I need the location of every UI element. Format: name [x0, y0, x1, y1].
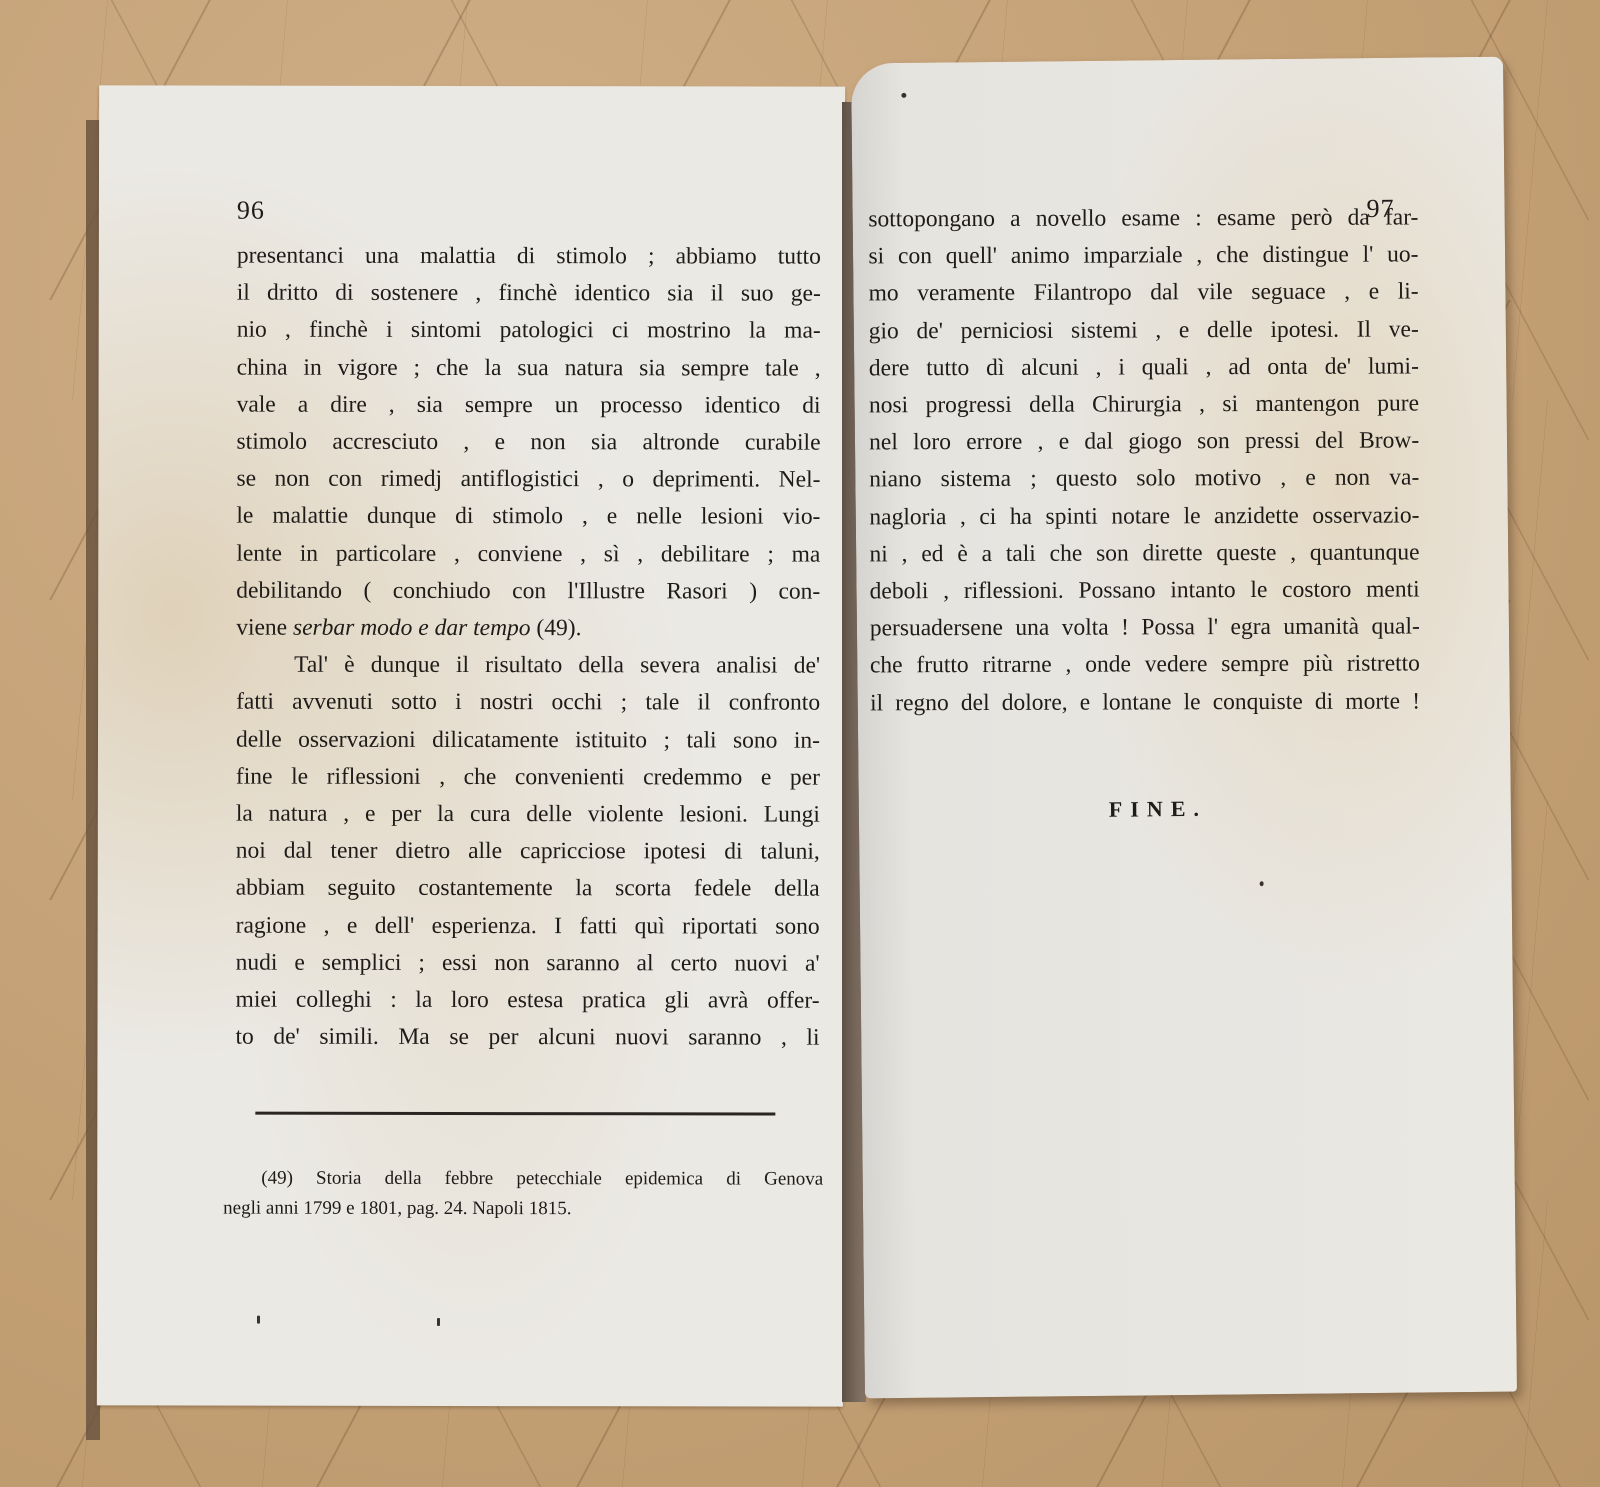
text-line: la natura , e per la cura delle violente… [236, 796, 820, 834]
footnote-line: negli anni 1799 e 1801, pag. 24. Napoli … [223, 1194, 823, 1225]
text-line: se non con rimedj antiflogistici , o dep… [236, 461, 820, 499]
text-line: il dritto di sostenere , finchè identico… [237, 275, 821, 313]
text-line: to de' simili. Ma se per alcuni nuovi sa… [235, 1019, 819, 1057]
text-line: nosi progressi della Chirurgia , si mant… [869, 385, 1419, 424]
footnote-reference: (49). [531, 615, 582, 641]
right-page: 97 sottopongano a novello esame : esame … [851, 57, 1517, 1399]
text-line: nudi e semplici ; essi non saranno al ce… [236, 944, 820, 982]
text-line: persuadersene una volta ! Possa l' egra … [870, 609, 1420, 648]
text-line: il regno del dolore, e lontane le conqui… [870, 683, 1420, 722]
text-line-with-citation: viene serbar modo e dar tempo (49). [236, 610, 820, 648]
left-page: 96 presentanci una malattia di stimolo ;… [97, 85, 845, 1406]
text-line: abbiam seguito costantemente la scorta f… [236, 870, 820, 908]
text-line: noi dal tener dietro alle capricciose ip… [236, 833, 820, 871]
text-line: stimolo accresciuto , e non sia altronde… [236, 424, 820, 462]
text-line: lente in particolare , conviene , sì , d… [236, 535, 820, 573]
footnote-line: (49) Storia della febbre petecchiale epi… [223, 1164, 823, 1195]
ink-speck [437, 1318, 440, 1326]
text-line: nio , finchè i sintomi patologici ci mos… [237, 312, 821, 350]
text-line: gio de' perniciosi sistemi , e delle ipo… [869, 311, 1419, 350]
end-mark: FINE. [1109, 796, 1207, 823]
text-line: le malattie dunque di stimolo , e nelle … [236, 498, 820, 536]
text-line: fine le riflessioni , che convenienti cr… [236, 758, 820, 796]
text-line: delle osservazioni dilicatamente istitui… [236, 721, 820, 759]
text-line: presentanci una malattia di stimolo ; ab… [237, 238, 821, 276]
left-page-body: presentanci una malattia di stimolo ; ab… [235, 238, 820, 1057]
text-line: che frutto ritrarne , onde vedere sempre… [870, 646, 1420, 685]
ink-speck [901, 93, 906, 98]
paragraph-start: Tal' è dunque il risultato della severa … [236, 647, 820, 685]
ink-speck [257, 1316, 260, 1324]
page-number-96: 96 [237, 196, 265, 226]
text-line: niano sistema ; questo solo motivo , e n… [869, 460, 1419, 499]
text-line: dere tutto dì alcuni , i quali , ad onta… [869, 348, 1419, 387]
text-line: mo veramente Filantropo dal vile seguace… [869, 274, 1419, 313]
text-line: ragione , e dell' esperienza. I fatti qu… [236, 907, 820, 945]
footnote-divider [255, 1112, 775, 1116]
text-line: vale a dire , sia sempre un processo ide… [237, 386, 821, 424]
text-line: nagloria , ci ha spinti notare le anzide… [869, 497, 1419, 536]
text-line: fatti avvenuti sotto i nostri occhi ; ta… [236, 684, 820, 722]
text-line: deboli , riflessioni. Possano intanto le… [870, 571, 1420, 610]
text-line: sottopongano a novello esame : esame per… [868, 199, 1418, 238]
text-line: miei colleghi : la loro estesa pratica g… [236, 982, 820, 1020]
right-page-body: sottopongano a novello esame : esame per… [868, 199, 1420, 722]
text-line: china in vigore ; che la sua natura sia … [237, 349, 821, 387]
text-line: ni , ed è a tali che son dirette queste … [869, 534, 1419, 573]
text-line: debilitando ( conchiudo con l'Illustre R… [236, 572, 820, 610]
italic-quote: serbar modo e dar tempo [293, 615, 531, 641]
footnote: (49) Storia della febbre petecchiale epi… [223, 1164, 823, 1225]
text-line: nel loro errore , e dal giogo son pressi… [869, 423, 1419, 462]
text-line: si con quell' animo imparziale , che dis… [868, 237, 1418, 276]
ink-speck [1260, 881, 1264, 886]
